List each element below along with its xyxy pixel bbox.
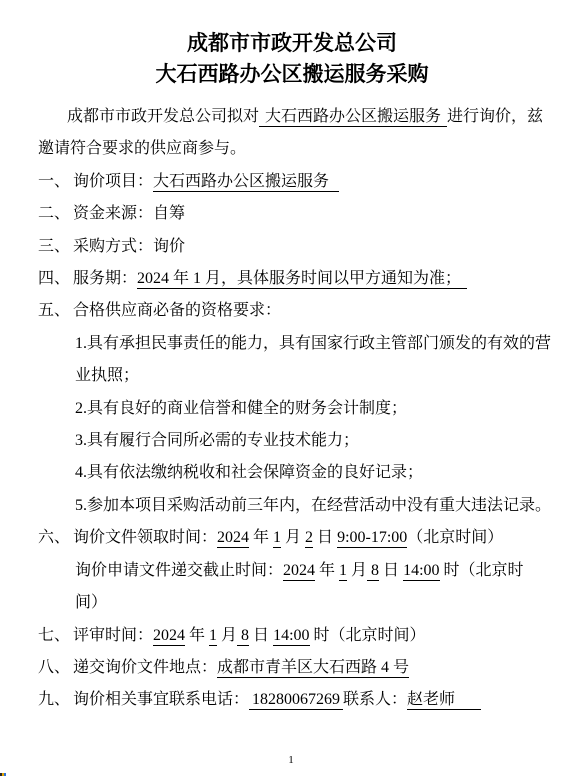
item-7-day: 8 <box>237 627 249 646</box>
item-7-time: 14:00 <box>273 627 309 646</box>
item-7-month: 1 <box>209 627 217 646</box>
item-5-sub5: 5.参加本项目采购活动前三年内，在经营活动中没有重大违法记录。 <box>38 490 546 522</box>
item-6-line2-day: 8 <box>367 562 379 581</box>
item-6-line2-day-unit: 日 <box>379 562 403 579</box>
item-1-inquiry-project: 一、 询价项目：大石西路办公区搬运服务 <box>38 166 546 198</box>
intro-paragraph-line1: 成都市市政开发总公司拟对大石西路办公区搬运服务进行询价，兹 <box>38 101 546 133</box>
item-2-label: 资金来源： <box>73 205 153 222</box>
item-6-line2-month: 1 <box>339 562 347 581</box>
item-6-line3: 间） <box>38 587 546 619</box>
item-7-month-unit: 月 <box>217 627 237 644</box>
item-5-sub3: 3.具有履行合同所必需的专业技术能力； <box>38 425 546 457</box>
item-6-line1-year-unit: 年 <box>249 529 273 546</box>
item-6-line1-time: 9:00-17:00 <box>337 529 407 548</box>
doc-title-line2: 大石西路办公区搬运服务采购 <box>38 59 546 90</box>
item-6-deadline-line: 询价申请文件递交截止时间：2024 年 1 月 8 日 14:00 时（北京时 <box>38 555 546 587</box>
item-5-label: 合格供应商必备的资格要求： <box>73 295 546 327</box>
item-1-value: 大石西路办公区搬运服务 <box>153 173 339 192</box>
intro-suffix: 进行询价，兹 <box>447 108 543 125</box>
item-5-sub1-line2: 业执照； <box>38 360 546 392</box>
item-9-label2: 联系人： <box>343 691 407 708</box>
item-1-number: 一、 <box>38 166 73 198</box>
item-5-qualification-requirements: 五、 合格供应商必备的资格要求： <box>38 295 546 327</box>
page-number: 1 <box>0 754 582 766</box>
intro-project-underlined: 大石西路办公区搬运服务 <box>259 108 447 127</box>
item-6-line1-year: 2024 <box>217 529 249 548</box>
item-3-label: 采购方式： <box>73 238 153 255</box>
item-7-tail: 时（北京时间） <box>310 627 426 644</box>
item-6-line1-tail: （北京时间） <box>407 529 503 546</box>
item-7-review-time: 七、 评审时间：2024 年 1 月 8 日 14:00 时（北京时间） <box>38 620 546 652</box>
item-2-funding-source: 二、 资金来源：自筹 <box>38 198 546 230</box>
item-3-number: 三、 <box>38 231 73 263</box>
item-6-line2-label: 询价申请文件递交截止时间： <box>75 562 283 579</box>
item-3-procurement-method: 三、 采购方式：询价 <box>38 231 546 263</box>
item-6-line2-tail: 时（北京时 <box>440 562 524 579</box>
item-1-label: 询价项目： <box>73 173 153 190</box>
intro-paragraph-line2: 邀请符合要求的供应商参与。 <box>38 133 546 165</box>
item-8-number: 八、 <box>38 652 73 684</box>
item-5-sub2: 2.具有良好的商业信誉和健全的财务会计制度； <box>38 393 546 425</box>
item-5-sub4: 4.具有依法缴纳税收和社会保障资金的良好记录； <box>38 457 546 489</box>
item-4-service-period: 四、 服务期：2024 年 1 月，具体服务时间以甲方通知为准； <box>38 263 546 295</box>
item-2-value: 自筹 <box>153 205 185 222</box>
corner-pixel-artifact <box>0 773 6 776</box>
document-body: 成都市市政开发总公司 大石西路办公区搬运服务采购 成都市市政开发总公司拟对大石西… <box>0 0 582 717</box>
item-3-value: 询价 <box>153 238 185 255</box>
item-6-line2-year: 2024 <box>283 562 315 581</box>
item-6-line1-day-unit: 日 <box>313 529 337 546</box>
item-6-line2-month-unit: 月 <box>347 562 367 579</box>
item-8-value: 成都市青羊区大石西路 4 号 <box>217 659 409 678</box>
item-8-submission-address: 八、 递交询价文件地点：成都市青羊区大石西路 4 号 <box>38 652 546 684</box>
item-9-phone: 18280067269 <box>249 691 343 710</box>
item-5-sub1-line1: 1.具有承担民事责任的能力，具有国家行政主管部门颁发的有效的营 <box>38 328 546 360</box>
item-8-label: 递交询价文件地点： <box>73 659 217 676</box>
item-6-line1-month: 1 <box>273 529 281 548</box>
item-6-line2-time: 14:00 <box>403 562 439 581</box>
item-6-document-collection-time: 六、 询价文件领取时间：2024 年 1 月 2 日 9:00-17:00（北京… <box>38 522 546 554</box>
item-7-day-unit: 日 <box>249 627 273 644</box>
item-6-line1-month-unit: 月 <box>281 529 305 546</box>
item-4-value: 2024 年 1 月，具体服务时间以甲方通知为准； <box>137 270 467 289</box>
item-9-contact-info: 九、 询价相关事宜联系电话：18280067269联系人：赵老师 <box>38 684 546 716</box>
intro-prefix: 成都市市政开发总公司拟对 <box>67 108 259 125</box>
doc-title-line1: 成都市市政开发总公司 <box>38 28 546 59</box>
item-7-year: 2024 <box>153 627 185 646</box>
item-2-number: 二、 <box>38 198 73 230</box>
item-6-line1-day: 2 <box>305 529 313 548</box>
item-9-number: 九、 <box>38 684 73 716</box>
item-4-number: 四、 <box>38 263 73 295</box>
item-7-label: 评审时间： <box>73 627 153 644</box>
document-page: 成都市市政开发总公司 大石西路办公区搬运服务采购 成都市市政开发总公司拟对大石西… <box>0 0 582 777</box>
item-9-label: 询价相关事宜联系电话： <box>73 691 249 708</box>
item-9-contact-name: 赵老师 <box>407 691 481 710</box>
item-4-label: 服务期： <box>73 270 137 287</box>
item-6-line2-year-unit: 年 <box>315 562 339 579</box>
item-5-number: 五、 <box>38 295 73 327</box>
item-7-number: 七、 <box>38 620 73 652</box>
item-6-line1-label: 询价文件领取时间： <box>73 529 217 546</box>
item-7-year-unit: 年 <box>185 627 209 644</box>
item-6-number: 六、 <box>38 522 73 554</box>
